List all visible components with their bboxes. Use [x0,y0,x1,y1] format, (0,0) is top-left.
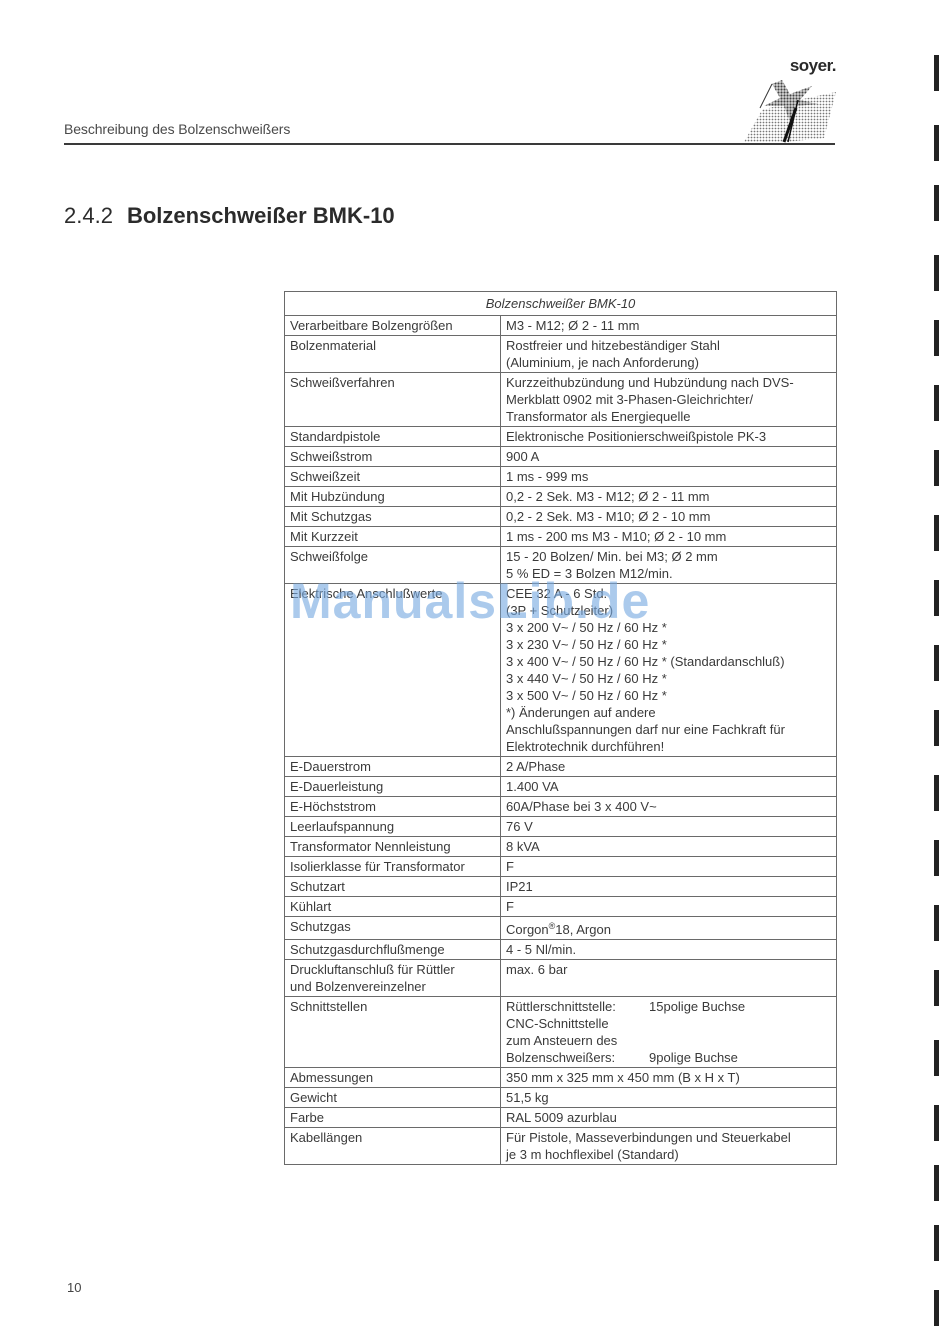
soyer-logo: soyer. [738,52,842,144]
spec-label-text: Schweißverfahren [290,374,495,391]
spec-value-line: RAL 5009 azurblau [506,1109,831,1126]
spec-value: 4 - 5 Nl/min. [501,940,837,960]
index-tab-mark [934,450,939,486]
spec-value: RAL 5009 azurblau [501,1108,837,1128]
spec-label: Abmessungen [285,1068,501,1088]
spec-label-text: Isolierklasse für Transformator [290,858,495,875]
index-tab-mark [934,125,939,161]
table-row: Leerlaufspannung76 V [285,817,837,837]
spec-label: Isolierklasse für Transformator [285,857,501,877]
spec-label-text: Abmessungen [290,1069,495,1086]
section-heading: 2.4.2Bolzenschweißer BMK-10 [64,203,395,229]
spec-label: Elektrische Anschlußwerte [285,584,501,757]
table-row: Mit Kurzzeit1 ms - 200 ms M3 - M10; Ø 2 … [285,527,837,547]
spec-value-line: 2 A/Phase [506,758,831,775]
header-rule [64,143,835,145]
table-row: Mit Schutzgas0,2 - 2 Sek. M3 - M10; Ø 2 … [285,507,837,527]
table-row: E-Höchststrom60A/Phase bei 3 x 400 V~ [285,797,837,817]
spec-label-text: Schutzgasdurchflußmenge [290,941,495,958]
index-tab-mark [934,1040,939,1076]
index-tab-mark [934,1225,939,1261]
index-tab-mark [934,645,939,681]
table-row: SchweißverfahrenKurzzeithubzündung und H… [285,373,837,427]
spec-value-line: 1 ms - 999 ms [506,468,831,485]
page-number: 10 [67,1280,81,1295]
spec-label-text: Kühlart [290,898,495,915]
interface-label: zum Ansteuern des [506,1032,649,1049]
spec-label-text: Kabellängen [290,1129,495,1146]
spec-label-text: Druckluftanschluß für Rüttler [290,961,495,978]
spec-value: 1 ms - 999 ms [501,467,837,487]
spec-value-line: M3 - M12; Ø 2 - 11 mm [506,317,831,334]
spec-value: 1.400 VA [501,777,837,797]
spec-label-text: Transformator Nennleistung [290,838,495,855]
table-row: Schweißzeit1 ms - 999 ms [285,467,837,487]
spec-value-line: F [506,858,831,875]
spec-value-line: Elektronische Positionierschweißpistole … [506,428,831,445]
spec-label-text: Schnittstellen [290,998,495,1015]
spec-value: M3 - M12; Ø 2 - 11 mm [501,316,837,336]
spec-label-text: Leerlaufspannung [290,818,495,835]
table-row: Elektrische AnschlußwerteCEE 32 A - 6 St… [285,584,837,757]
interface-value: 9polige Buchse [649,1049,831,1066]
interface-label: CNC-Schnittstelle [506,1015,649,1032]
spec-label-text: Schweißstrom [290,448,495,465]
spec-label-text: Schweißfolge [290,548,495,565]
spec-label-text: Standardpistole [290,428,495,445]
spec-value-line: 4 - 5 Nl/min. [506,941,831,958]
spec-value-line: (Aluminium, je nach Anforderung) [506,354,831,371]
spec-value-line: 0,2 - 2 Sek. M3 - M10; Ø 2 - 10 mm [506,508,831,525]
spec-label-text: Farbe [290,1109,495,1126]
spec-value: CEE 32 A - 6 Std.(3P + Schutzleiter)3 x … [501,584,837,757]
page-edge-index-tabs [930,0,950,1343]
table-row: KabellängenFür Pistole, Masseverbindunge… [285,1128,837,1165]
table-row: Gewicht51,5 kg [285,1088,837,1108]
spec-label: Farbe [285,1108,501,1128]
spec-value-line: 0,2 - 2 Sek. M3 - M12; Ø 2 - 11 mm [506,488,831,505]
spec-label: Schweißverfahren [285,373,501,427]
spec-value-line: IP21 [506,878,831,895]
spec-value: 900 A [501,447,837,467]
spec-value: 76 V [501,817,837,837]
star-logo-icon [738,70,842,144]
spec-label: Schweißzeit [285,467,501,487]
spec-value-line: 8 kVA [506,838,831,855]
spec-value-line: 900 A [506,448,831,465]
section-title: Bolzenschweißer BMK-10 [127,203,395,228]
table-row: Mit Hubzündung0,2 - 2 Sek. M3 - M12; Ø 2… [285,487,837,507]
index-tab-mark [934,580,939,616]
spec-value-line: 3 x 500 V~ / 50 Hz / 60 Hz * [506,687,831,704]
spec-value-line: F [506,898,831,915]
spec-value-line: 3 x 200 V~ / 50 Hz / 60 Hz * [506,619,831,636]
spec-label-text: Mit Kurzzeit [290,528,495,545]
spec-label: Schweißfolge [285,547,501,584]
spec-value: 51,5 kg [501,1088,837,1108]
spec-label-text: E-Dauerstrom [290,758,495,775]
table-row: Druckluftanschluß für Rüttlerund Bolzenv… [285,960,837,997]
spec-value: F [501,897,837,917]
spec-value-line: Für Pistole, Masseverbindungen und Steue… [506,1129,831,1146]
spec-label: Schutzgas [285,917,501,940]
spec-label: Schweißstrom [285,447,501,467]
spec-value-line: 1.400 VA [506,778,831,795]
index-tab-mark [934,515,939,551]
spec-value-line: *) Änderungen auf andere [506,704,831,721]
spec-value: 0,2 - 2 Sek. M3 - M10; Ø 2 - 10 mm [501,507,837,527]
spec-value-part: Corgon [506,922,549,937]
spec-label-text: Schweißzeit [290,468,495,485]
spec-label: Transformator Nennleistung [285,837,501,857]
running-header: Beschreibung des Bolzenschweißers [64,121,290,137]
spec-value: max. 6 bar [501,960,837,997]
table-row: Transformator Nennleistung8 kVA [285,837,837,857]
spec-value-line: Transformator als Energiequelle [506,408,831,425]
interface-value: 15polige Buchse [649,998,831,1015]
table-row: Schutzgasdurchflußmenge4 - 5 Nl/min. [285,940,837,960]
spec-value: Für Pistole, Masseverbindungen und Steue… [501,1128,837,1165]
spec-value-line: Corgon®18, Argon [506,918,831,938]
interface-label: Rüttlerschnittstelle: [506,998,649,1015]
spec-label-text: E-Höchststrom [290,798,495,815]
spec-value: 350 mm x 325 mm x 450 mm (B x H x T) [501,1068,837,1088]
spec-value: Elektronische Positionierschweißpistole … [501,427,837,447]
spec-label: Kühlart [285,897,501,917]
spec-value: 2 A/Phase [501,757,837,777]
spec-value-line: Anschlußspannungen darf nur eine Fachkra… [506,721,831,738]
spec-value-line: 15 - 20 Bolzen/ Min. bei M3; Ø 2 mm [506,548,831,565]
spec-label-text: Elektrische Anschlußwerte [290,585,495,602]
spec-label: Leerlaufspannung [285,817,501,837]
spec-value: IP21 [501,877,837,897]
table-row: BolzenmaterialRostfreier und hitzebestän… [285,336,837,373]
spec-value-line: 350 mm x 325 mm x 450 mm (B x H x T) [506,1069,831,1086]
spec-value-line: 1 ms - 200 ms M3 - M10; Ø 2 - 10 mm [506,528,831,545]
index-tab-mark [934,905,939,941]
spec-label: Bolzenmaterial [285,336,501,373]
spec-label-text: und Bolzenvereinzelner [290,978,495,995]
spec-label-text: Schutzart [290,878,495,895]
spec-label: Druckluftanschluß für Rüttlerund Bolzenv… [285,960,501,997]
spec-label-text: Gewicht [290,1089,495,1106]
spec-value: 8 kVA [501,837,837,857]
table-caption: Bolzenschweißer BMK-10 [285,292,837,316]
spec-value: Kurzzeithubzündung und Hubzündung nach D… [501,373,837,427]
table-row: Schweißstrom900 A [285,447,837,467]
spec-value-line: je 3 m hochflexibel (Standard) [506,1146,831,1163]
table-row: SchutzgasCorgon®18, Argon [285,917,837,940]
table-row: Verarbeitbare BolzengrößenM3 - M12; Ø 2 … [285,316,837,336]
table-row: Schweißfolge15 - 20 Bolzen/ Min. bei M3;… [285,547,837,584]
index-tab-mark [934,1165,939,1201]
section-number: 2.4.2 [64,203,113,228]
interface-value [649,1032,831,1049]
spec-value-line: 3 x 230 V~ / 50 Hz / 60 Hz * [506,636,831,653]
index-tab-mark [934,775,939,811]
spec-label: Verarbeitbare Bolzengrößen [285,316,501,336]
index-tab-mark [934,1290,939,1326]
table-caption-row: Bolzenschweißer BMK-10 [285,292,837,316]
index-tab-mark [934,255,939,291]
spec-label: Schnittstellen [285,997,501,1068]
table-body: Verarbeitbare BolzengrößenM3 - M12; Ø 2 … [285,316,837,1165]
index-tab-mark [934,840,939,876]
index-tab-mark [934,710,939,746]
interfaces-list: Rüttlerschnittstelle:15polige BuchseCNC-… [506,998,831,1066]
spec-value-line: 76 V [506,818,831,835]
spec-value-line: 51,5 kg [506,1089,831,1106]
spec-value-line: 3 x 400 V~ / 50 Hz / 60 Hz * (Standardan… [506,653,831,670]
index-tab-mark [934,385,939,421]
specifications-table: Bolzenschweißer BMK-10 Verarbeitbare Bol… [284,291,837,1165]
interface-label: Bolzenschweißers: [506,1049,649,1066]
table-row: E-Dauerleistung1.400 VA [285,777,837,797]
spec-value: 60A/Phase bei 3 x 400 V~ [501,797,837,817]
spec-value-line: max. 6 bar [506,961,831,978]
spec-label: E-Dauerstrom [285,757,501,777]
spec-label-text: Verarbeitbare Bolzengrößen [290,317,495,334]
spec-value-line: 3 x 440 V~ / 50 Hz / 60 Hz * [506,670,831,687]
spec-label: Gewicht [285,1088,501,1108]
spec-value: Corgon®18, Argon [501,917,837,940]
index-tab-mark [934,55,939,91]
spec-label: Mit Schutzgas [285,507,501,527]
table-row: E-Dauerstrom2 A/Phase [285,757,837,777]
spec-value-line: Kurzzeithubzündung und Hubzündung nach D… [506,374,831,391]
spec-value-part: 18, Argon [555,922,611,937]
spec-label: E-Dauerleistung [285,777,501,797]
table-row: Abmessungen350 mm x 325 mm x 450 mm (B x… [285,1068,837,1088]
spec-label-text: Bolzenmaterial [290,337,495,354]
index-tab-mark [934,320,939,356]
table-row: SchnittstellenRüttlerschnittstelle:15pol… [285,997,837,1068]
spec-label-text: E-Dauerleistung [290,778,495,795]
table-row: StandardpistoleElektronische Positionier… [285,427,837,447]
spec-value-line: Rostfreier und hitzebeständiger Stahl [506,337,831,354]
interface-value [649,1015,831,1032]
spec-value-line: CEE 32 A - 6 Std. [506,585,831,602]
spec-value-line: (3P + Schutzleiter) [506,602,831,619]
spec-label: E-Höchststrom [285,797,501,817]
spec-value-line: Elektrotechnik durchführen! [506,738,831,755]
spec-value-line: 60A/Phase bei 3 x 400 V~ [506,798,831,815]
spec-value: Rüttlerschnittstelle:15polige BuchseCNC-… [501,997,837,1068]
spec-label-text: Mit Schutzgas [290,508,495,525]
spec-label: Mit Kurzzeit [285,527,501,547]
spec-value-line: Merkblatt 0902 mit 3-Phasen-Gleichrichte… [506,391,831,408]
index-tab-mark [934,1105,939,1141]
index-tab-mark [934,185,939,221]
spec-label-text: Mit Hubzündung [290,488,495,505]
spec-label-text: Schutzgas [290,918,495,935]
spec-label: Kabellängen [285,1128,501,1165]
spec-label: Schutzart [285,877,501,897]
spec-value-line: 5 % ED = 3 Bolzen M12/min. [506,565,831,582]
table-row: KühlartF [285,897,837,917]
spec-value: 15 - 20 Bolzen/ Min. bei M3; Ø 2 mm5 % E… [501,547,837,584]
spec-value: Rostfreier und hitzebeständiger Stahl(Al… [501,336,837,373]
index-tab-mark [934,970,939,1006]
table-row: FarbeRAL 5009 azurblau [285,1108,837,1128]
table-row: Isolierklasse für TransformatorF [285,857,837,877]
table-row: SchutzartIP21 [285,877,837,897]
spec-label: Standardpistole [285,427,501,447]
spec-label: Schutzgasdurchflußmenge [285,940,501,960]
spec-value: 0,2 - 2 Sek. M3 - M12; Ø 2 - 11 mm [501,487,837,507]
spec-value: 1 ms - 200 ms M3 - M10; Ø 2 - 10 mm [501,527,837,547]
spec-label: Mit Hubzündung [285,487,501,507]
spec-value: F [501,857,837,877]
